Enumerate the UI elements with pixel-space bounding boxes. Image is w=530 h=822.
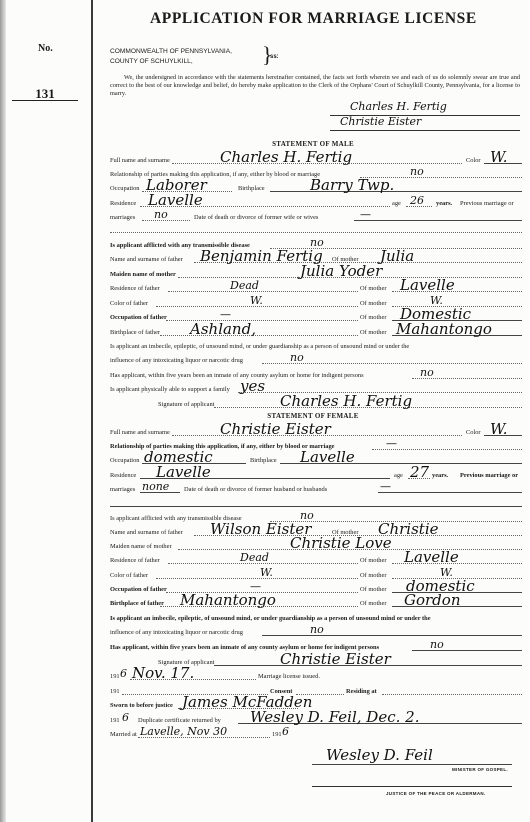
male-statement-header: STATEMENT OF MALE (96, 140, 530, 148)
duplicate-year-digit: 6 (122, 710, 129, 725)
label: Date of death or divorce of former husba… (184, 486, 327, 493)
label: influence of any intoxicating liquor or … (110, 629, 243, 636)
label: Of mother (360, 600, 386, 607)
top-signature-female: Christie Eister (340, 114, 421, 129)
jurisdiction: COMMONWEALTH OF PENNSYLVANIA, COUNTY OF … (110, 47, 232, 67)
female-influence-row: influence of any intoxicating liquor or … (110, 624, 522, 638)
label: Occupation of father (110, 586, 167, 593)
male-birthplace-father: Ashland, (190, 322, 256, 337)
female-signature: Christie Eister (280, 652, 391, 667)
license-issued-row: 191 6 Nov. 17. Marriage license issued. (110, 668, 522, 682)
label: Full name and surname (110, 429, 170, 436)
female-residence: Lavelle (156, 465, 211, 480)
male-influence-row: influence of any intoxicating liquor or … (110, 352, 522, 366)
male-age: 26 (410, 193, 424, 208)
male-previous-marriages: no (154, 207, 168, 222)
label: Color of father (110, 572, 148, 579)
female-full-name: Christie Eister (220, 422, 331, 437)
label: Of mother (360, 300, 386, 307)
label: 191 (110, 717, 120, 724)
label: Is applicant physically able to support … (110, 386, 230, 393)
label: Marriage license issued. (258, 673, 320, 680)
male-blank-row (110, 221, 522, 235)
label: Occupation (110, 457, 139, 464)
label: Sworn to before justice (110, 702, 173, 709)
label: marriages (110, 214, 135, 221)
application-number: 131 (12, 88, 78, 101)
male-mother-name: Julia (380, 249, 414, 264)
label: Relationship of parties making this appl… (110, 171, 320, 178)
male-residence-father: Dead (230, 278, 259, 293)
male-inmate: no (420, 365, 434, 380)
marriage-license-application: No. 131 APPLICATION FOR MARRIAGE LICENSE… (0, 0, 530, 822)
officiant-signature-block: Wesley D. Feil (312, 745, 512, 765)
male-support: yes (240, 379, 265, 394)
female-relationship: — (386, 436, 397, 451)
female-residence-row: Residence Lavelle age 27 years. Previous… (110, 467, 522, 481)
male-birthplace: Barry Twp. (310, 178, 394, 193)
ss-mark: ss: (270, 54, 279, 60)
male-relationship: no (410, 164, 424, 179)
married-year-digit: 6 (282, 724, 289, 739)
married-at-row: Married at Lavelle, Nov 30 191 6 (110, 726, 522, 740)
female-residence-father: Dead (240, 550, 269, 565)
female-birthplace: Lavelle (300, 450, 355, 465)
female-marriages-row: marriages none Date of death or divorce … (110, 481, 522, 495)
female-influence: no (310, 622, 324, 637)
label: Date of death or divorce of former wife … (194, 214, 318, 221)
label: influence of any intoxicating liquor or … (110, 357, 243, 364)
male-residence-mother: Lavelle (400, 278, 455, 293)
label: years. (436, 200, 452, 207)
female-death-divorce: — (380, 479, 391, 494)
duplicate-returned-by: Wesley D. Feil, Dec. 2. (250, 710, 419, 725)
male-inmate-row: Has applicant, within five years been an… (110, 367, 522, 381)
issued-year-digit: 6 (120, 666, 127, 681)
label: age (392, 200, 401, 207)
label: Of mother (360, 285, 386, 292)
male-birthplace-mother: Mahantongo (396, 322, 492, 337)
label: years. (432, 472, 448, 479)
label: 191 (110, 688, 120, 695)
female-maiden-mother-row: Maiden name of mother Christie Love (110, 538, 522, 552)
justice-label: JUSTICE OF THE PEACE OR ALDERMAN. (386, 791, 486, 796)
female-color-father: W. (260, 565, 273, 580)
minister-label: MINISTER OF GOSPEL. (452, 767, 508, 772)
label: Residence (110, 200, 136, 207)
label: Of mother (360, 329, 386, 336)
intro-paragraph: We, the undersigned in accordance with t… (110, 74, 520, 98)
label: Occupation of father (110, 314, 167, 321)
female-disease-row: Is applicant afflicted with any transmis… (110, 510, 522, 524)
label: Maiden name of mother (110, 271, 176, 278)
male-residence-row: Residence Lavelle age 26 years. Previous… (110, 195, 522, 209)
label: Of mother (360, 572, 386, 579)
female-full-name-row: Full name and surname Christie Eister Co… (110, 424, 522, 438)
label: marriages (110, 486, 135, 493)
male-full-name-row: Full name and surname Charles H. Fertig … (110, 152, 522, 166)
female-previous-marriages: none (142, 479, 169, 494)
top-signature-male: Charles H. Fertig (350, 99, 447, 114)
male-color: W. (490, 150, 508, 165)
officiant-signature: Wesley D. Feil (326, 748, 433, 763)
number-label: No. (38, 43, 53, 54)
top-signature-line-2: Christie Eister (330, 117, 520, 131)
female-blank-row (110, 495, 522, 509)
label: Birthplace (238, 185, 265, 192)
label: Of mother (360, 557, 386, 564)
jurisdiction-county: COUNTY OF SCHUYLKILL, (110, 57, 232, 67)
label: Color (466, 429, 481, 436)
female-birthplace-father-row: Birthplace of father Mahantongo Of mothe… (110, 595, 522, 609)
label: Is applicant an imbecile, epileptic, of … (110, 615, 431, 622)
male-residence: Lavelle (148, 193, 203, 208)
label: Maiden name of mother (110, 543, 172, 550)
label: Is applicant an imbecile, epileptic, of … (110, 343, 409, 350)
female-residence-mother: Lavelle (404, 550, 459, 565)
label: Color of father (110, 300, 148, 307)
label: Residing at (346, 688, 377, 695)
label: Full name and surname (110, 157, 170, 164)
male-maiden-mother: Julia Yoder (300, 264, 382, 279)
male-residence-father-row: Residence of father Dead Of mother Lavel… (110, 280, 522, 294)
label: Married at (110, 731, 137, 738)
female-statement-header: STATEMENT OF FEMALE (96, 412, 530, 420)
label: Signature of applicant (158, 401, 214, 408)
label: Of mother (360, 314, 386, 321)
female-inmate: no (430, 637, 444, 652)
scan-edge (0, 0, 6, 822)
document-title: APPLICATION FOR MARRIAGE LICENSE (150, 10, 477, 28)
license-issued-date: Nov. 17. (132, 666, 194, 681)
label: Birthplace of father (110, 600, 164, 607)
male-full-name: Charles H. Fertig (220, 150, 352, 165)
male-influence: no (290, 350, 304, 365)
label: 191 (110, 673, 120, 680)
male-death-divorce: — (360, 207, 371, 222)
married-at-place-date: Lavelle, Nov 30 (140, 724, 227, 739)
label: Name and surname of father (110, 256, 183, 263)
male-birthplace-father-row: Birthplace of father Ashland, Of mother … (110, 324, 522, 338)
label: Previous marriage or (460, 472, 518, 479)
label: Residence of father (110, 285, 160, 292)
label: Duplicate certificate returned by (138, 717, 221, 724)
label: Residence of father (110, 557, 160, 564)
justice-line (312, 786, 512, 787)
label: Has applicant, within five years been an… (110, 372, 364, 379)
label: Birthplace of father (110, 329, 160, 336)
male-signature-row: Signature of applicant Charles H. Fertig (110, 396, 522, 410)
label: age (394, 472, 403, 479)
label: Previous marriage or (460, 200, 514, 207)
label: Name and surname of father (110, 529, 183, 536)
label: Occupation (110, 185, 139, 192)
female-birthplace-mother: Gordon (404, 593, 460, 608)
label: 191 (272, 731, 282, 738)
jurisdiction-state: COMMONWEALTH OF PENNSYLVANIA, (110, 47, 232, 57)
female-residence-father-row: Residence of father Dead Of mother Lavel… (110, 552, 522, 566)
label: Residence (110, 472, 136, 479)
consent-row: 191 Consent Residing at (110, 683, 522, 697)
male-color-father: W. (250, 293, 263, 308)
female-age: 27 (410, 465, 429, 480)
female-maiden-mother: Christie Love (290, 536, 392, 551)
female-birthplace-father: Mahantongo (180, 593, 276, 608)
margin-divider (91, 0, 93, 822)
male-imbecile-row: Is applicant an imbecile, epileptic, of … (110, 338, 522, 352)
female-color: W. (490, 422, 508, 437)
label: Of mother (360, 586, 386, 593)
male-maiden-mother-row: Maiden name of mother Julia Yoder (110, 266, 522, 280)
male-signature: Charles H. Fertig (280, 394, 412, 409)
label: Color (466, 157, 481, 164)
label: Birthplace (250, 457, 277, 464)
